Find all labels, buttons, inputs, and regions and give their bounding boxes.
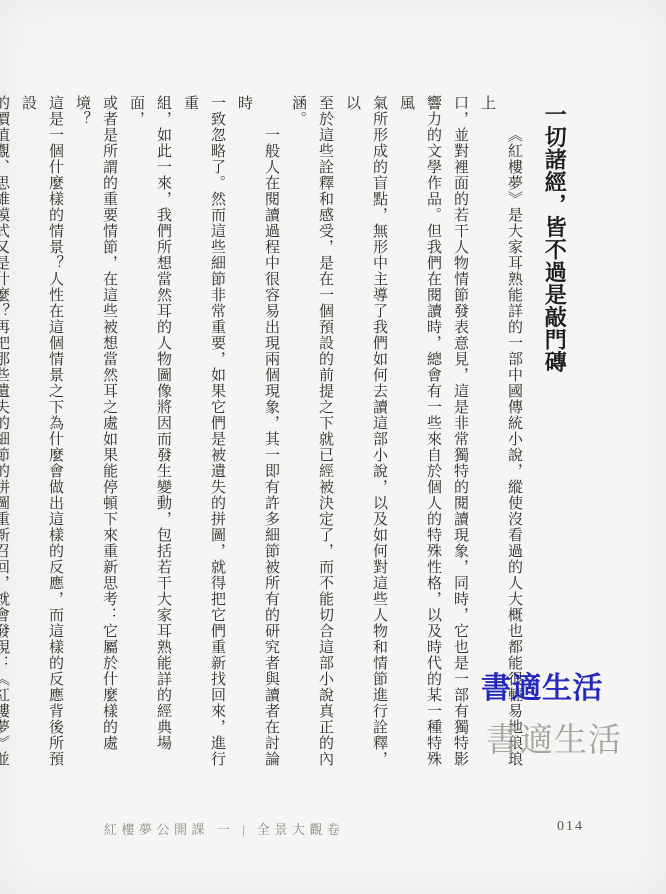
text-column: 口，並對裡面的若干人物情節發表意見，這是非常獨特的閱讀現象，同時，它也是一部有獨…: [446, 95, 473, 771]
text-column: 一致忽略了。然而這些細節非常重要，如果它們是被遺失的拼圖，就得把它們重新找回來，…: [176, 95, 230, 771]
text-column: 或者是所謂的重要情節，在這些被想當然耳之處如果能停頓下來重新思考：它屬於什麼樣的…: [68, 95, 122, 771]
text-column: 《紅樓夢》是大家耳熟能詳的一部中國傳統小說，縱使沒看過的人大概也都能很輕易地琅琅…: [473, 95, 527, 771]
book-page: 一切諸經，皆不過是敲門磚 《紅樓夢》是大家耳熟能詳的一部中國傳統小說，縱使沒看過…: [0, 0, 666, 894]
text-column: 組，如此一來，我們所想當然耳的人物圖像將因而發生變動，包括若干大家耳熟能詳的經典…: [122, 95, 176, 771]
chapter-title: 一切諸經，皆不過是敲門磚: [537, 103, 571, 373]
text-column: 這是一個什麼樣的情景？人性在這個情景之下為什麼會做出這樣的反應，而這樣的反應背後…: [14, 95, 68, 771]
body-text: 《紅樓夢》是大家耳熟能詳的一部中國傳統小說，縱使沒看過的人大概也都能很輕易地琅琅…: [0, 95, 527, 771]
text-column: 至於這些詮釋和感受，是在一個預設的前提之下就已經被決定了，而不能切合這部小說真正…: [284, 95, 338, 771]
text-column: 一般人在閱讀過程中很容易出現兩個現象，其一即有許多細節被所有的研究者與讀者在討論…: [230, 95, 284, 771]
text-column: 的價值觀、思維模式又是什麼？再把那些遺失的細節的拼圖重新召回，就會發現：《紅樓夢…: [0, 95, 14, 771]
text-column: 氣所形成的盲點，無形中主導了我們如何去讀這部小說，以及如何對這些人物和情節進行詮…: [338, 95, 392, 771]
footer-book-title: 紅樓夢公開課 一 | 全景大觀卷: [104, 819, 344, 838]
text-column: 響力的文學作品。但我們在閱讀時，總會有一些來自於個人的特殊性格，以及時代的某一種…: [392, 95, 446, 771]
footer-page-number: 014: [557, 819, 584, 835]
